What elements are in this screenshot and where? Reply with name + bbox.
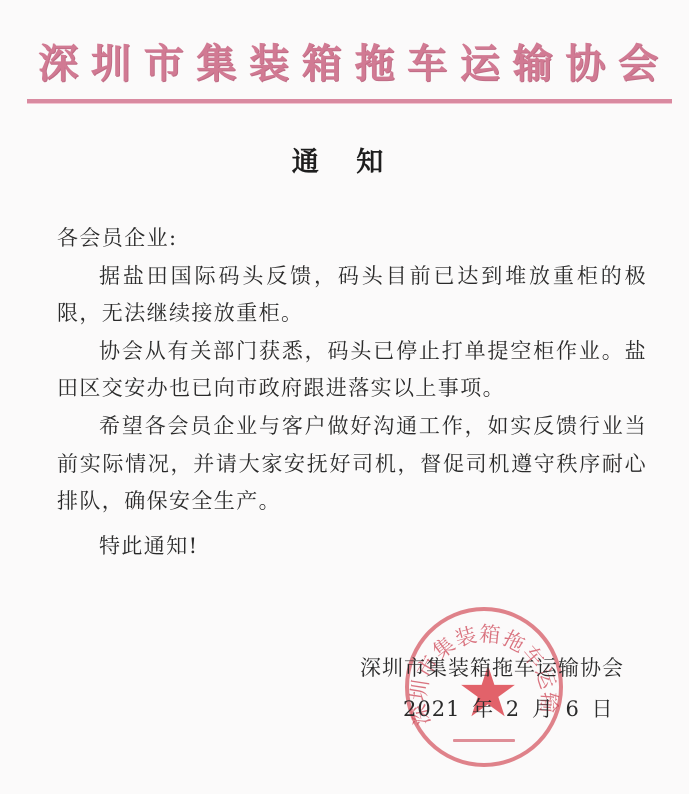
letterhead-char: 输 xyxy=(512,38,552,90)
official-seal: 深圳市集装箱拖车运输协会 ★ xyxy=(405,607,563,767)
closing-line: 特此通知! xyxy=(57,528,647,566)
letterhead-char: 拖 xyxy=(354,38,394,90)
letterhead-char: 协 xyxy=(565,38,605,90)
signature-date: 2021 年 2 月 6 日 xyxy=(403,693,614,723)
letterhead-divider xyxy=(27,99,672,103)
letterhead-char: 集 xyxy=(196,38,236,90)
letterhead-char: 车 xyxy=(407,38,447,90)
letterhead-char: 箱 xyxy=(302,38,342,90)
signature-organization: 深圳市集装箱拖车运输协会 xyxy=(360,652,660,682)
letterhead-char: 装 xyxy=(249,38,289,90)
document-body: 各会员企业: 据盐田国际码头反馈，码头目前已达到堆放重柜的极限，无法继续接放重柜… xyxy=(57,220,647,565)
paragraph: 希望各会员企业与客户做好沟通工作，如实反馈行业当前实际情况，并请大家安抚好司机，… xyxy=(57,408,647,521)
letterhead-char: 圳 xyxy=(91,38,131,90)
paragraph: 协会从有关部门获悉，码头已停止打单提空柜作业。盐田区交安办也已向市政府跟进落实以… xyxy=(57,333,647,408)
letterhead-char: 深 xyxy=(38,38,78,90)
salutation: 各会员企业: xyxy=(57,220,647,258)
letterhead-char: 会 xyxy=(618,38,658,90)
paragraph: 据盐田国际码头反馈，码头目前已达到堆放重柜的极限，无法继续接放重柜。 xyxy=(57,258,647,333)
letterhead-char: 运 xyxy=(460,38,500,90)
letterhead-title: 深 圳 市 集 装 箱 拖 车 运 输 协 会 xyxy=(38,38,658,90)
letterhead-char: 市 xyxy=(143,38,183,90)
document-title: 通 知 xyxy=(0,140,689,179)
